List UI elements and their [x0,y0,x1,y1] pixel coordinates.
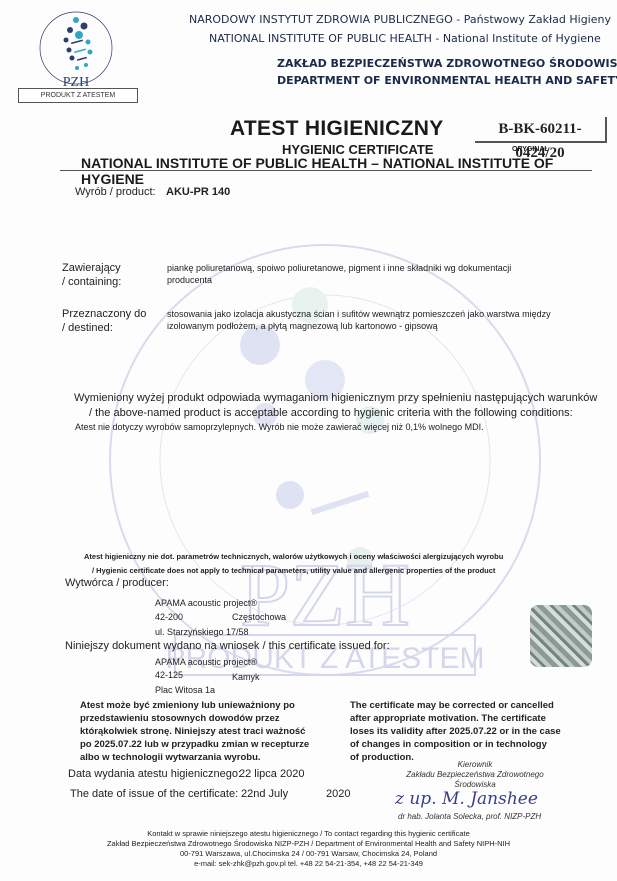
department-name-en: DEPARTMENT OF ENVIRONMENTAL HEALTH AND S… [277,74,617,87]
institute-name-en: NATIONAL INSTITUTE OF PUBLIC HEALTH - Na… [209,32,601,45]
applicant-street: Plac Witosa 1a [155,684,215,696]
validity-pl-line: przedstawieniu stosownych dowodów przez [80,712,309,725]
signatory-role-dept: Zakładu Bezpieczeństwa Zdrowotnego [380,770,570,780]
footer-line-3: 00-791 Warszawa, ul.Chocimska 24 / 00-79… [0,849,617,859]
logo-badge: PRODUKT Z ATESTEM [18,88,138,103]
conditions-en: / the above-named product is acceptable … [89,406,573,420]
issue-date-pl-value: 22 lipca 2020 [239,768,304,780]
destined-line-2: izolowanym podłożem, a płytą magnezową l… [167,320,551,332]
conditions-detail: Atest nie dotyczy wyrobów samoprzylepnyc… [75,421,484,433]
producer-street: ul. Starzyńskiego 17/58 [155,626,249,638]
destined-label-pl: Przeznaczony do [62,307,146,321]
institute-name-pl: NARODOWY INSTYTUT ZDROWIA PUBLICZNEGO - … [189,13,611,26]
contact-footer: Kontakt w sprawie niniejszego atestu hig… [0,829,617,869]
issue-date-en-value: 22nd July [241,788,288,800]
containing-value: piankę poliuretanową, spoiwo poliuretano… [167,262,511,286]
applicant-postcode: 42-125 [155,669,183,681]
producer-name: APAMA acoustic project® [155,597,257,609]
certificate-title: ATEST HIGIENICZNY [230,117,444,141]
validity-pl: Atest może być zmieniony lub unieważnion… [80,699,309,764]
destined-value: stosowania jako izolacja akustyczna ścia… [167,308,551,332]
containing-label-en: / containing: [62,275,121,289]
containing-line-1: piankę poliuretanową, spoiwo poliuretano… [167,262,511,274]
validity-pl-line: Atest może być zmieniony lub unieważnion… [80,699,309,712]
signatory-name: dr hab. Jolanta Solecka, prof. NIZP-PZH [398,812,541,821]
containing-label: Zawierający / containing: [62,261,121,289]
validity-en: The certificate may be corrected or canc… [350,699,561,764]
validity-en-line: after appropriate motivation. The certif… [350,712,561,725]
issue-date-en-year: 2020 [326,788,350,800]
producer-label: Wytwórca / producer: [65,577,169,589]
containing-label-pl: Zawierający [62,261,121,275]
validity-en-line: loses its validity after 2025.07.22 or i… [350,725,561,738]
original-stamp: ORYGINAŁ [512,146,549,153]
signatory-role-title: Kierownik [380,760,570,770]
validity-en-line: The certificate may be corrected or canc… [350,699,561,712]
destined-label-en: / destined: [62,321,146,335]
validity-pl-line: albo w technologii wytwarzania wyrobu. [80,751,309,764]
title-divider [60,170,592,171]
conditions-pl: Wymieniony wyżej produkt odpowiada wymag… [74,391,597,405]
hologram-seal [530,605,592,667]
footer-line-1: Kontakt w sprawie niniejszego atestu hig… [0,829,617,839]
destined-label: Przeznaczony do / destined: [62,307,146,335]
disclaimer-pl: Atest higieniczny nie dot. parametrów te… [84,552,503,561]
department-name-pl: ZAKŁAD BEZPIECZEŃSTWA ZDROWOTNEGO ŚRODOW… [277,57,617,70]
certificate-number: B-BK-60211-0424/20 [475,117,607,143]
footer-contact-details: e-mail: sek-zhk@pzh.gov.pl tel. +48 22 5… [0,859,617,869]
product-label: Wyrób / product: [75,186,156,198]
validity-pl-line: po 2025.07.22 lub w przypadku zmian w re… [80,738,309,751]
signatory-role: Kierownik Zakładu Bezpieczeństwa Zdrowot… [380,760,570,790]
containing-line-2: producenta [167,274,511,286]
validity-en-line: of changes in composition or in technolo… [350,738,561,751]
issue-date-en-label: The date of issue of the certificate: [70,788,238,800]
institute-banner: NATIONAL INSTITUTE OF PUBLIC HEALTH – NA… [81,155,617,187]
pzh-logo: PZH PRODUKT Z ATESTEM [14,10,134,100]
producer-postcode: 42-200 [155,611,183,623]
footer-line-2: Zakład Bezpieczeństwa Zdrowotnego Środow… [0,839,617,849]
destined-line-1: stosowania jako izolacja akustyczna ścia… [167,308,551,320]
product-value: AKU-PR 140 [166,186,230,198]
applicant-city: Kamyk [232,671,260,683]
applicant-name: APAMA acoustic project® [155,656,257,668]
signature: z up. M. Janshee [395,789,538,809]
producer-city: Częstochowa [232,611,286,623]
logo-emblem-icon: PZH [14,10,134,90]
validity-pl-line: którąkolwiek stronę. Niniejszy atest tra… [80,725,309,738]
applicant-label: Niniejszy dokument wydano na wniosek / t… [65,640,390,652]
issue-date-pl-label: Data wydania atestu higienicznego: [68,768,241,780]
disclaimer-en: / Hygienic certificate does not apply to… [92,566,495,575]
